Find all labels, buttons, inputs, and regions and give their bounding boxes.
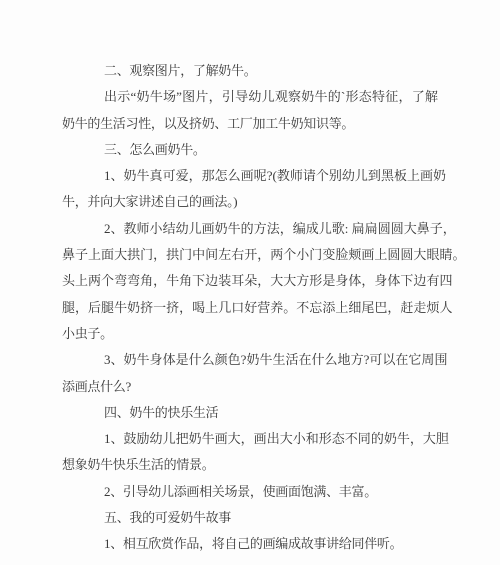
text-line: 添画点什么?	[62, 374, 438, 400]
text-line: 四、奶牛的快乐生活	[62, 400, 438, 426]
text-line: 腿，后腿牛奶挤一挤，喝上几口好营养。不忘添上细尾巴，赶走烦人	[62, 295, 438, 321]
text-line: 1、鼓励幼儿把奶牛画大，画出大小和形态不同的奶牛，大胆	[62, 426, 438, 452]
text-line: 奶牛的生活习性，以及挤奶、工厂加工牛奶知识等。	[62, 111, 438, 137]
text-line: 牛，并向大家讲述自己的画法。)	[62, 189, 438, 215]
text-line: 出示“奶牛场”图片，引导幼儿观察奶牛的`形态特征，了解	[62, 84, 438, 110]
text-line: 2、教师小结幼儿画奶牛的方法，编成儿歌: 扁扁圆圆大鼻子，	[62, 216, 438, 242]
text-line: 2、引导幼儿添画相关场景，使画面饱满、丰富。	[62, 479, 438, 505]
text-line: 想象奶牛快乐生活的情景。	[62, 452, 438, 478]
document-page: 二、观察图片，了解奶牛。 出示“奶牛场”图片，引导幼儿观察奶牛的`形态特征，了解…	[0, 0, 500, 565]
text-line: 小虫子。	[62, 321, 438, 347]
text-line: 鼻子上面大拱门，拱门中间左右开，两个小门变脸颊画上圆圆大眼睛。	[62, 242, 438, 268]
text-line: 头上两个弯弯角，牛角下边装耳朵，大大方形是身体，身体下边有四	[62, 268, 438, 294]
text-line: 3、奶牛身体是什么颜色?奶牛生活在什么地方?可以在它周围	[62, 347, 438, 373]
document-body: 二、观察图片，了解奶牛。 出示“奶牛场”图片，引导幼儿观察奶牛的`形态特征，了解…	[62, 58, 438, 558]
text-line: 1、奶牛真可爱，那怎么画呢?(教师请个别幼儿到黑板上画奶	[62, 163, 438, 189]
text-line: 五、我的可爱奶牛故事	[62, 505, 438, 531]
text-line: 二、观察图片，了解奶牛。	[62, 58, 438, 84]
text-line: 三、怎么画奶牛。	[62, 137, 438, 163]
text-line: 1、相互欣赏作品，将自己的画编成故事讲给同伴听。	[62, 531, 438, 557]
